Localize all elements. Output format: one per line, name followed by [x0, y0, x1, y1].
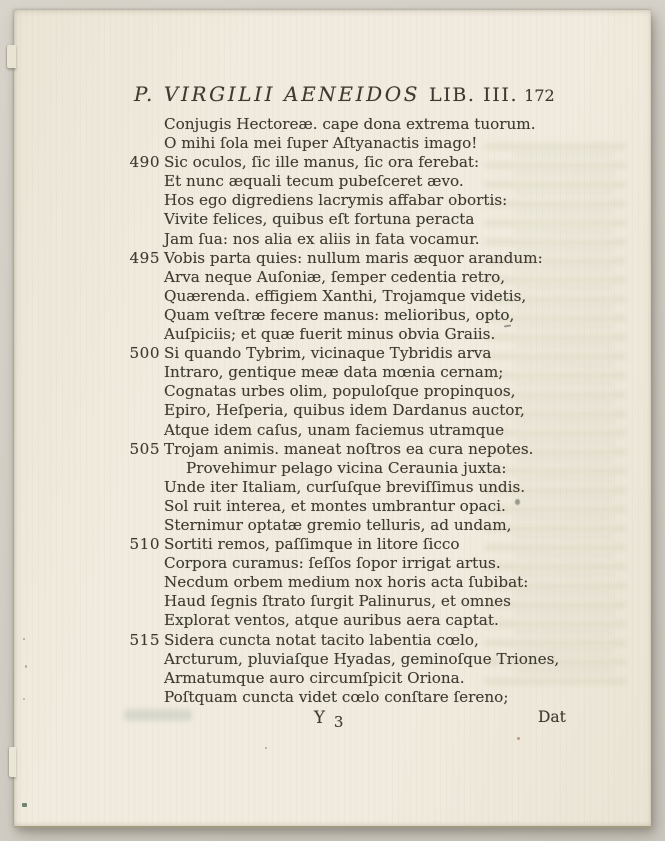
verse-line: Necdum orbem medium nox horis acta ſubib…: [18, 573, 638, 592]
verse-text: Atque idem caſus, unam faciemus utramque: [164, 421, 504, 440]
book-label: LIB. III.: [429, 84, 518, 106]
verse-line: Cognatas urbes olim, populoſque propinqu…: [18, 382, 638, 401]
signature-mark: Y3: [314, 708, 343, 727]
verse-text: Et nunc æquali tecum pubeſceret ævo.: [164, 172, 464, 191]
verse-line: Sternimur optatæ gremio telluris, ad und…: [18, 516, 638, 535]
verse-text: Quærenda. effigiem Xanthi, Trojamque vid…: [164, 287, 526, 306]
verse-line: 490Sic oculos, ſic ille manus, ſic ora f…: [18, 153, 638, 172]
verse-line: Conjugis Hectoreæ. cape dona extrema tuo…: [18, 115, 638, 134]
verse-text: Sortiti remos, paſſimque in litore ſicco: [164, 535, 460, 554]
verse-text: Necdum orbem medium nox horis acta ſubib…: [164, 573, 528, 592]
verse-text: Arva neque Auſoniæ, ſemper cedentia retr…: [164, 268, 505, 287]
verse-line-number: [18, 382, 160, 401]
verse-lines: Conjugis Hectoreæ. cape dona extrema tuo…: [18, 115, 638, 707]
book-page: P. VIRGILII AENEIDOSLIB. III.172 Conjugi…: [14, 10, 651, 826]
verse-text: Jam ſua: nos alia ex aliis in fata vocam…: [164, 230, 480, 249]
verse-line-number: [18, 573, 160, 592]
deckle-edge-tab: [7, 45, 16, 68]
verse-line: Vivite felices, quibus eſt fortuna perac…: [18, 210, 638, 229]
verse-line-number: [18, 134, 160, 153]
verso-show-through: [124, 709, 192, 721]
verse-line-number: [18, 325, 160, 344]
verse-line: Quærenda. effigiem Xanthi, Trojamque vid…: [18, 287, 638, 306]
verse-line-number: [18, 230, 160, 249]
photo-backdrop: { "colors": { "paper": "#f0ebde", "backd…: [0, 0, 665, 841]
verse-line-number: [18, 191, 160, 210]
verse-line: Auſpiciis; et quæ fuerit minus obvia Gra…: [18, 325, 638, 344]
verse-text: Cognatas urbes olim, populoſque propinqu…: [164, 382, 515, 401]
verse-text: Si quando Tybrim, vicinaque Tybridis arv…: [164, 344, 491, 363]
verse-line: 510Sortiti remos, paſſimque in litore ſi…: [18, 535, 638, 554]
verse-text: Haud ſegnis ſtrato ſurgit Palinurus, et …: [164, 592, 511, 611]
verse-line: Arva neque Auſoniæ, ſemper cedentia retr…: [18, 268, 638, 287]
verse-line: Quam veſtræ fecere manus: melioribus, op…: [18, 306, 638, 325]
verse-text: Intraro, gentique meæ data mœnia cernam;: [164, 363, 503, 382]
verse-line-number: [18, 611, 160, 630]
edge-speck: [22, 803, 27, 807]
verse-line-number: [18, 306, 160, 325]
signature-number: 3: [334, 713, 344, 731]
verse-line: Et nunc æquali tecum pubeſceret ævo.: [18, 172, 638, 191]
verse-text: Provehimur pelago vicina Ceraunia juxta:: [186, 459, 506, 478]
verse-line-number: [18, 459, 160, 478]
verse-line-number: [18, 650, 160, 669]
verse-line-number: [18, 516, 160, 535]
verse-line-number: [18, 478, 160, 497]
foxing-speck: [517, 737, 520, 740]
verse-line-number: [18, 287, 160, 306]
verse-line-number: [18, 172, 160, 191]
verse-text: Poſtquam cuncta videt cœlo conſtare ſere…: [164, 688, 508, 707]
verse-line: Corpora curamus: ſeſſos ſopor irrigat ar…: [18, 554, 638, 573]
deckle-edge-tab: [9, 747, 16, 777]
verse-line: Jam ſua: nos alia ex aliis in fata vocam…: [18, 230, 638, 249]
verse-text: Vivite felices, quibus eſt fortuna perac…: [164, 210, 474, 229]
verse-line: Unde iter Italiam, curſuſque breviſſimus…: [18, 478, 638, 497]
verse-line: Epiro, Heſperia, quibus idem Dardanus au…: [18, 401, 638, 420]
verse-line-number: [18, 363, 160, 382]
verse-line: Arcturum, pluviaſque Hyadas, geminoſque …: [18, 650, 638, 669]
verse-text: Vobis parta quies: nullum maris æquor ar…: [164, 249, 543, 268]
verse-text: Epiro, Heſperia, quibus idem Dardanus au…: [164, 401, 525, 420]
verse-line: Atque idem caſus, unam faciemus utramque: [18, 421, 638, 440]
verse-line-number: [18, 268, 160, 287]
verse-text: Unde iter Italiam, curſuſque breviſſimus…: [164, 478, 525, 497]
verse-line-number: 510: [18, 535, 160, 554]
verse-text: O mihi ſola mei ſuper Aſtyanactis imago!: [164, 134, 477, 153]
verse-text: Arcturum, pluviaſque Hyadas, geminoſque …: [164, 650, 559, 669]
verse-line: 505Trojam animis. maneat noſtros ea cura…: [18, 440, 638, 459]
verse-text: Explorat ventos, atque auribus aera capt…: [164, 611, 499, 630]
verse-text: Hos ego digrediens lacrymis affabar obor…: [164, 191, 507, 210]
verse-text: Auſpiciis; et quæ fuerit minus obvia Gra…: [164, 325, 495, 344]
verse-line: Explorat ventos, atque auribus aera capt…: [18, 611, 638, 630]
verse-line: 500Si quando Tybrim, vicinaque Tybridis …: [18, 344, 638, 363]
verse-line-number: [18, 497, 160, 516]
verse-line: Haud ſegnis ſtrato ſurgit Palinurus, et …: [18, 592, 638, 611]
verse-line: 515Sidera cuncta notat tacito labentia c…: [18, 631, 638, 650]
verse-line-number: 495: [18, 249, 160, 268]
catchword: Dat: [538, 708, 566, 726]
verse-text: Sic oculos, ſic ille manus, ſic ora fere…: [164, 153, 479, 172]
verse-text: Sol ruit interea, et montes umbrantur op…: [164, 497, 506, 516]
verse-text: Sternimur optatæ gremio telluris, ad und…: [164, 516, 511, 535]
verse-line: Hos ego digrediens lacrymis affabar obor…: [18, 191, 638, 210]
verse-text: Trojam animis. maneat noſtros ea cura ne…: [164, 440, 533, 459]
verse-line: Sol ruit interea, et montes umbrantur op…: [18, 497, 638, 516]
verse-line-number: [18, 115, 160, 134]
verse-line: Armatumque auro circumſpicit Oriona.: [18, 669, 638, 688]
verse-line-number: 505: [18, 440, 160, 459]
verse-line: Poſtquam cuncta videt cœlo conſtare ſere…: [18, 688, 638, 707]
verse-line: Provehimur pelago vicina Ceraunia juxta:: [18, 459, 638, 478]
verse-line: Intraro, gentique meæ data mœnia cernam;: [18, 363, 638, 382]
verse-text: Corpora curamus: ſeſſos ſopor irrigat ar…: [164, 554, 501, 573]
verse-line-number: [18, 592, 160, 611]
verse-line-number: 515: [18, 631, 160, 650]
verse-line-number: [18, 554, 160, 573]
verse-line-number: [18, 669, 160, 688]
verse-text: Conjugis Hectoreæ. cape dona extrema tuo…: [164, 115, 536, 134]
verse-line-number: 490: [18, 153, 160, 172]
verse-text: Armatumque auro circumſpicit Oriona.: [164, 669, 465, 688]
work-title: P. VIRGILII AENEIDOS: [134, 82, 420, 106]
verse-line-number: [18, 421, 160, 440]
verse-line: 495Vobis parta quies: nullum maris æquor…: [18, 249, 638, 268]
foxing-speck: [265, 747, 267, 749]
verse-text: Sidera cuncta notat tacito labentia cœlo…: [164, 631, 479, 650]
verse-line-number: 500: [18, 344, 160, 363]
signature-letter: Y: [314, 708, 325, 727]
verse-text: Quam veſtræ fecere manus: melioribus, op…: [164, 306, 514, 325]
page-number: 172: [524, 86, 555, 105]
verse-line: O mihi ſola mei ſuper Aſtyanactis imago!: [18, 134, 638, 153]
verse-line-number: [18, 401, 160, 420]
running-head: P. VIRGILII AENEIDOSLIB. III.172: [134, 82, 639, 106]
verse-line-number: [18, 210, 160, 229]
verse-line-number: [18, 688, 160, 707]
